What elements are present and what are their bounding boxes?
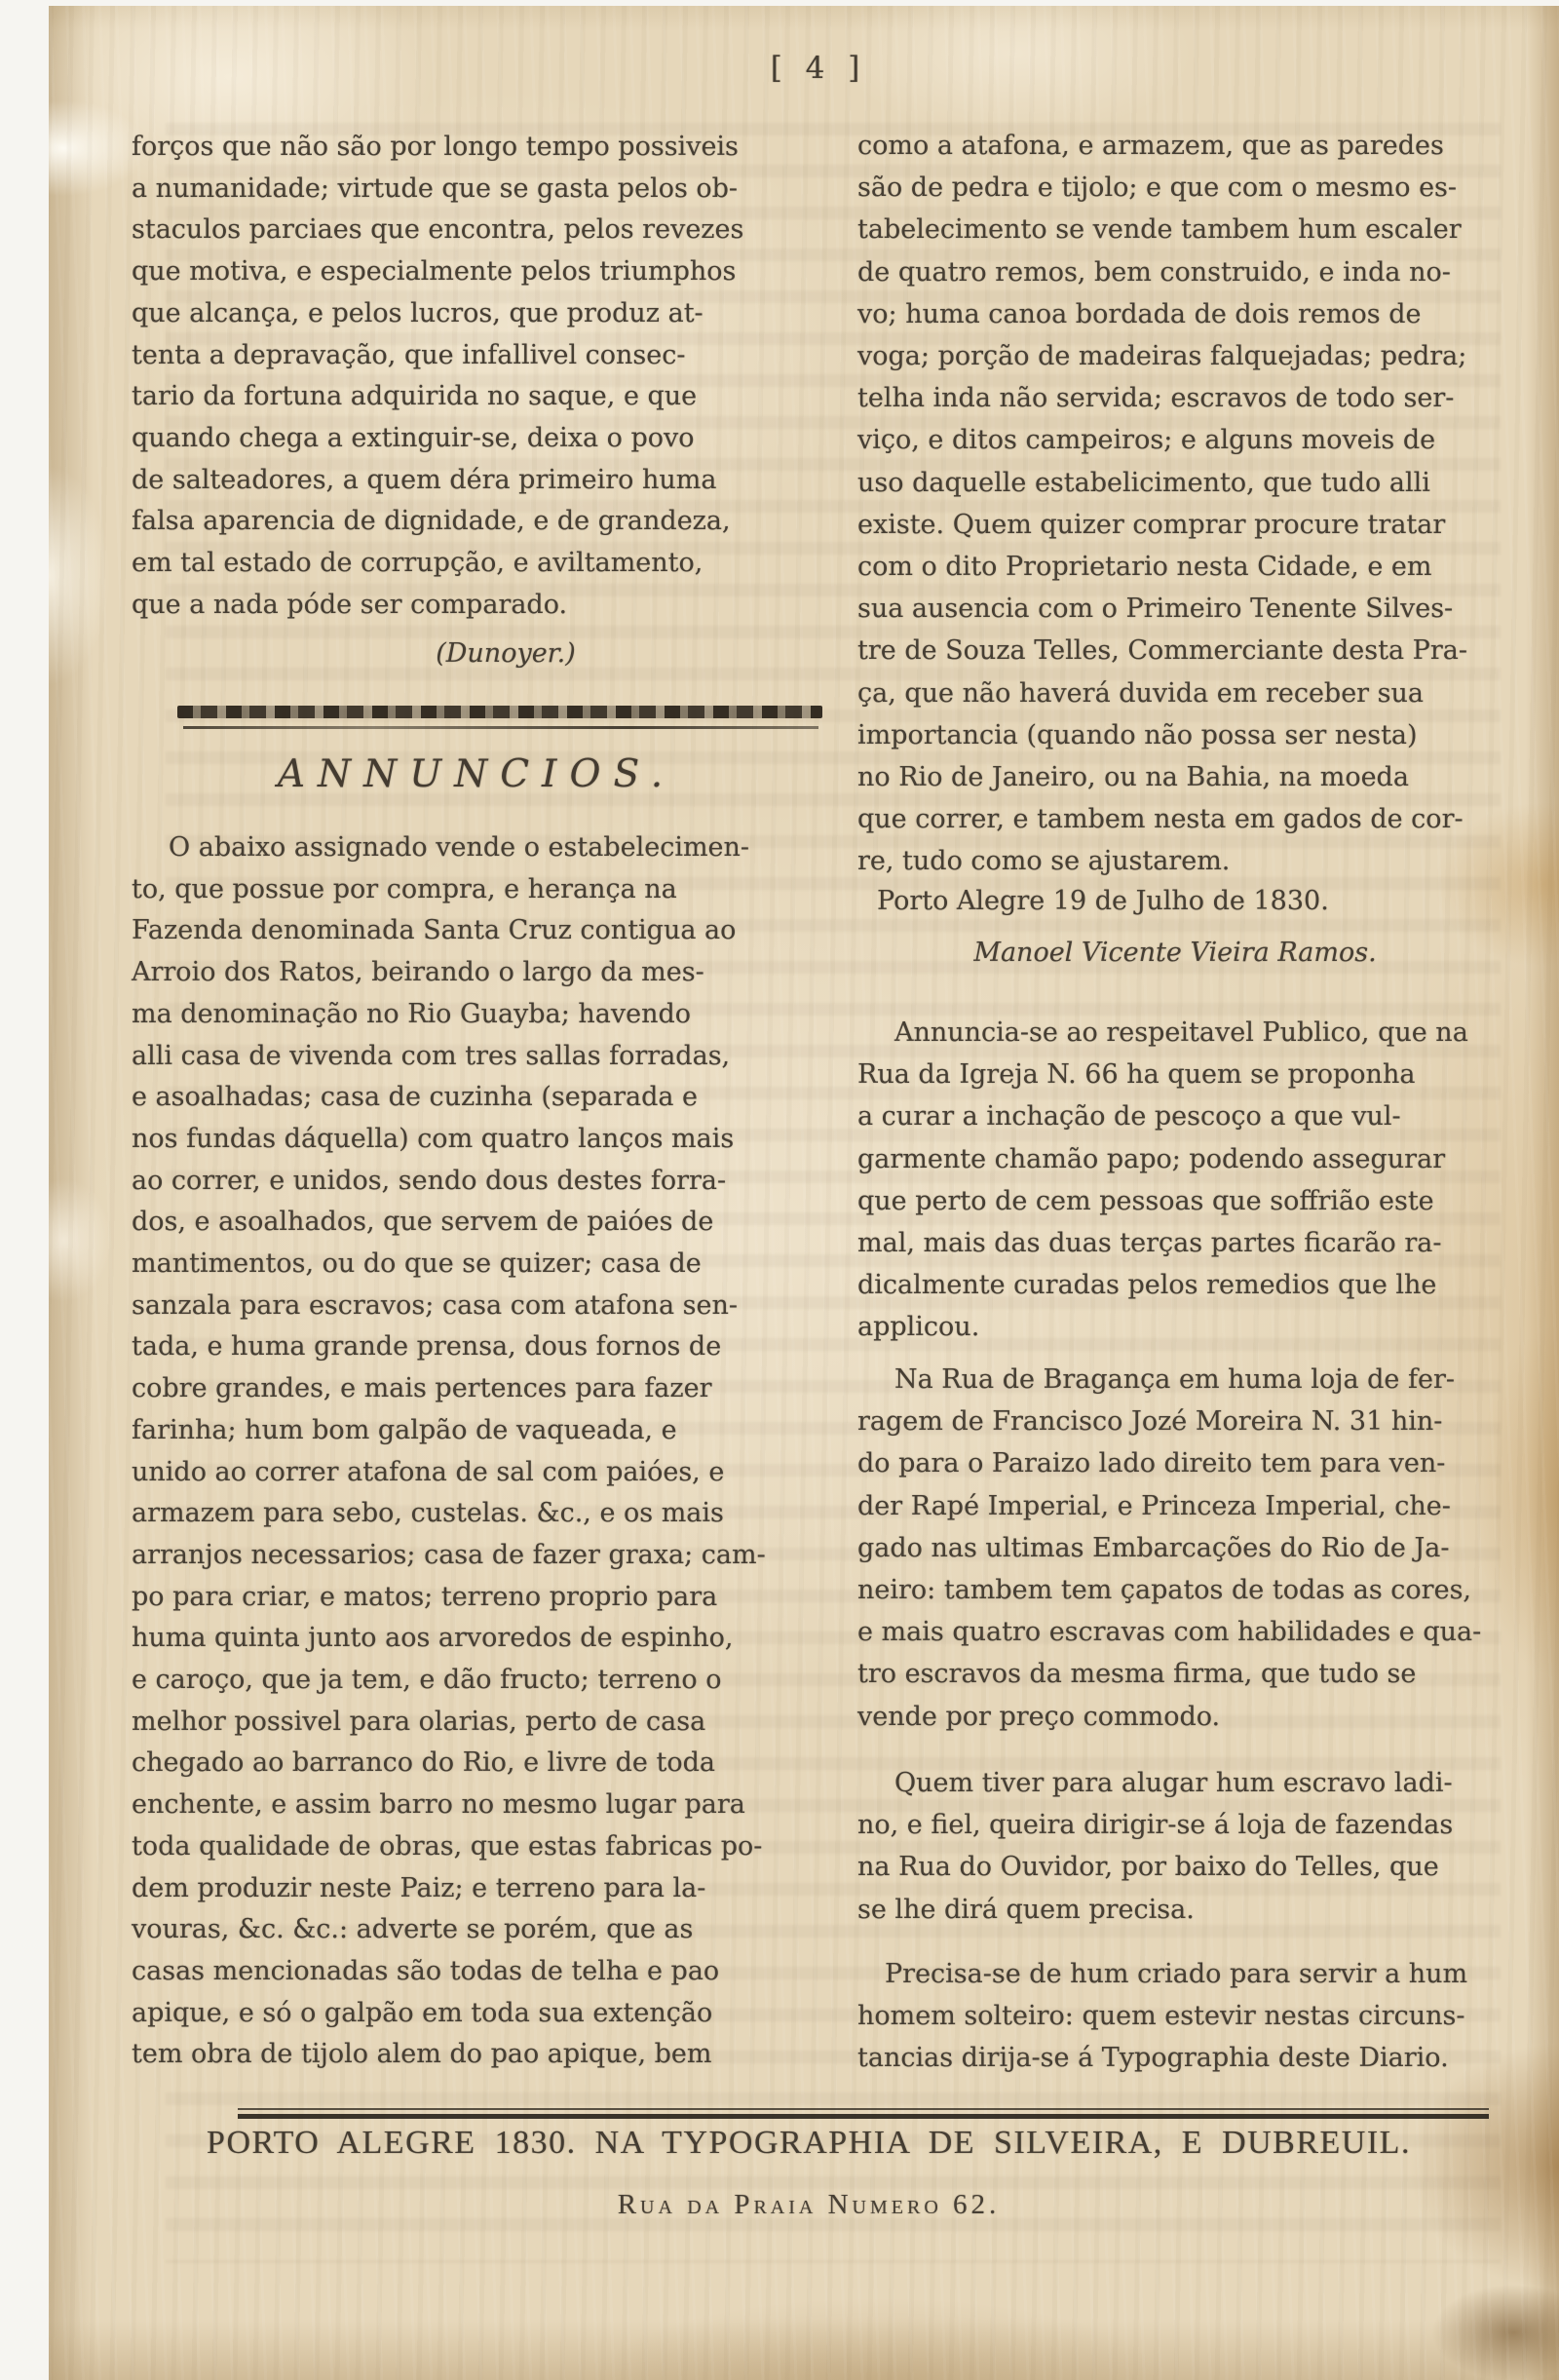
- left-column-paragraph-2: O abaixo assignado vende o estabelecimen…: [132, 827, 821, 2076]
- page-number: [ 4 ]: [741, 51, 896, 86]
- imprint-line-1: PORTO ALEGRE 1830. NA TYPOGRAPHIA DE SIL…: [117, 2125, 1501, 2162]
- right-column-paragraph-5: Precisa-se de hum criado para servir a h…: [857, 1953, 1493, 2080]
- right-column-paragraph-3: Na Rua de Bragança em huma loja de fer- …: [857, 1359, 1493, 1738]
- section-divider-thin-rule: [183, 726, 818, 729]
- footer-divider-rule: [238, 2108, 1489, 2122]
- right-column-paragraph-1: como a atafona, e armazem, que as parede…: [857, 125, 1493, 883]
- author-signature-dunoyer: (Dunoyer.): [132, 633, 821, 675]
- scanned-newspaper-page: { "page": { "number": "[ 4 ]" }, "left":…: [0, 0, 1559, 2380]
- annuncios-section-heading: ANNUNCIOS.: [132, 752, 821, 796]
- right-column-paragraph-2: Annuncia-se ao respeitavel Publico, que …: [857, 1012, 1493, 1349]
- signature-manoel-vicente-vieira-ramos: Manoel Vicente Vieira Ramos.: [857, 932, 1493, 974]
- section-divider-thick-rule: [177, 706, 822, 718]
- left-column-paragraph-1: forços que não são por longo tempo possi…: [132, 127, 821, 626]
- right-column-paragraph-4: Quem tiver para alugar hum escravo ladi-…: [857, 1762, 1493, 1931]
- imprint-line-2: Rua da Praia Numero 62.: [117, 2189, 1501, 2221]
- dateline: Porto Alegre 19 de Julho de 1830.: [857, 880, 1493, 922]
